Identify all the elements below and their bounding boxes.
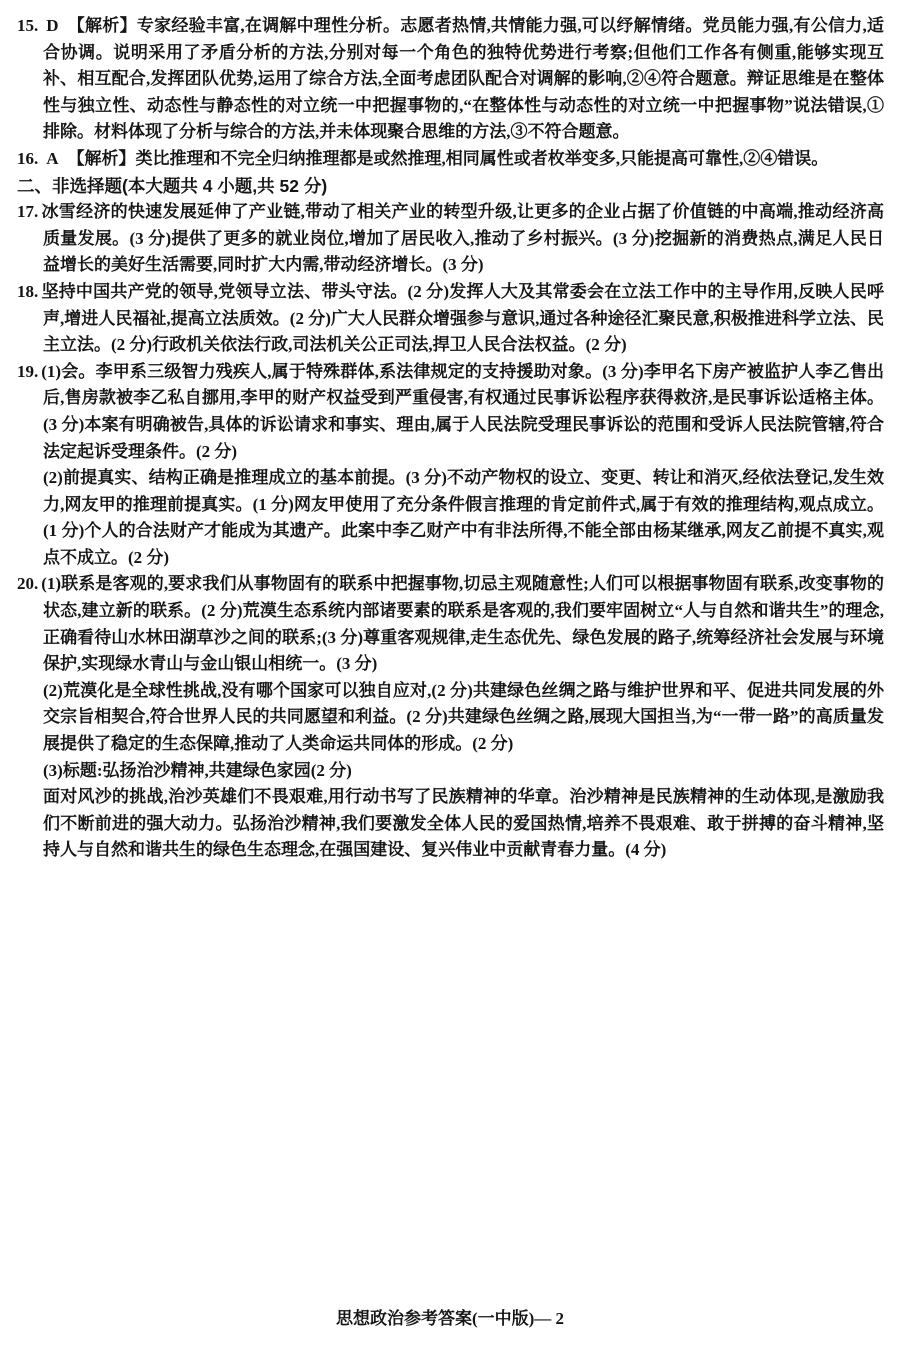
- question-17: 17.冰雪经济的快速发展延伸了产业链,带动了相关产业的转型升级,让更多的企业占据…: [17, 199, 884, 279]
- page-footer: 思想政治参考答案(一中版)— 2: [0, 1304, 900, 1329]
- question-number: 16.: [17, 149, 38, 168]
- answer-text-part-2: (2)荒漠化是全球性挑战,没有哪个国家可以独自应对,(2 分)共建绿色丝绸之路与…: [43, 678, 884, 758]
- answer-text: 坚持中国共产党的领导,党领导立法、带头守法。(2 分)发挥人大及其常委会在立法工…: [41, 282, 884, 354]
- answer-letter: A: [46, 149, 58, 168]
- answer-key-document: 15.D【解析】专家经验丰富,在调解中理性分析。志愿者热情,共情能力强,可以纾解…: [0, 0, 900, 864]
- section-header: 二、非选择题(本大题共 4 小题,共 52 分): [17, 173, 884, 200]
- analysis-label: 【解析】: [68, 16, 137, 35]
- answer-letter: D: [46, 16, 58, 35]
- question-number: 20.: [17, 574, 38, 593]
- analysis-text: 专家经验丰富,在调解中理性分析。志愿者热情,共情能力强,可以纾解情绪。党员能力强…: [43, 16, 884, 141]
- answer-text: 冰雪经济的快速发展延伸了产业链,带动了相关产业的转型升级,让更多的企业占据了价值…: [41, 202, 884, 274]
- answer-text-part-1: (1)联系是客观的,要求我们从事物固有的联系中把握事物,切忌主观随意性;人们可以…: [41, 574, 884, 673]
- question-20: 20.(1)联系是客观的,要求我们从事物固有的联系中把握事物,切忌主观随意性;人…: [17, 571, 884, 864]
- answer-text-part-1: (1)会。李甲系三级智力残疾人,属于特殊群体,系法律规定的支持援助对象。(3 分…: [41, 362, 884, 461]
- question-number: 19.: [17, 362, 38, 381]
- question-number: 17.: [17, 202, 38, 221]
- answer-text-part-3-title: (3)标题:弘扬治沙精神,共建绿色家园(2 分): [43, 758, 884, 785]
- answer-text-part-2: (2)前提真实、结构正确是推理成立的基本前提。(3 分)不动产物权的设立、变更、…: [43, 465, 884, 571]
- question-number: 15.: [17, 16, 38, 35]
- question-number: 18.: [17, 282, 38, 301]
- analysis-item-16: 16.A【解析】类比推理和不完全归纳推理都是或然推理,相同属性或者枚举变多,只能…: [43, 146, 884, 173]
- analysis-label: 【解析】: [68, 149, 136, 168]
- question-19: 19.(1)会。李甲系三级智力残疾人,属于特殊群体,系法律规定的支持援助对象。(…: [17, 359, 884, 572]
- answer-text-part-3-body: 面对风沙的挑战,治沙英雄们不畏艰难,用行动书写了民族精神的华章。治沙精神是民族精…: [43, 784, 884, 864]
- question-18: 18.坚持中国共产党的领导,党领导立法、带头守法。(2 分)发挥人大及其常委会在…: [17, 279, 884, 359]
- analysis-item-15: 15.D【解析】专家经验丰富,在调解中理性分析。志愿者热情,共情能力强,可以纾解…: [43, 13, 884, 146]
- footer-text: 思想政治参考答案(一中版)— 2: [336, 1309, 564, 1328]
- analysis-text: 类比推理和不完全归纳推理都是或然推理,相同属性或者枚举变多,只能提高可靠性,②④…: [136, 149, 829, 168]
